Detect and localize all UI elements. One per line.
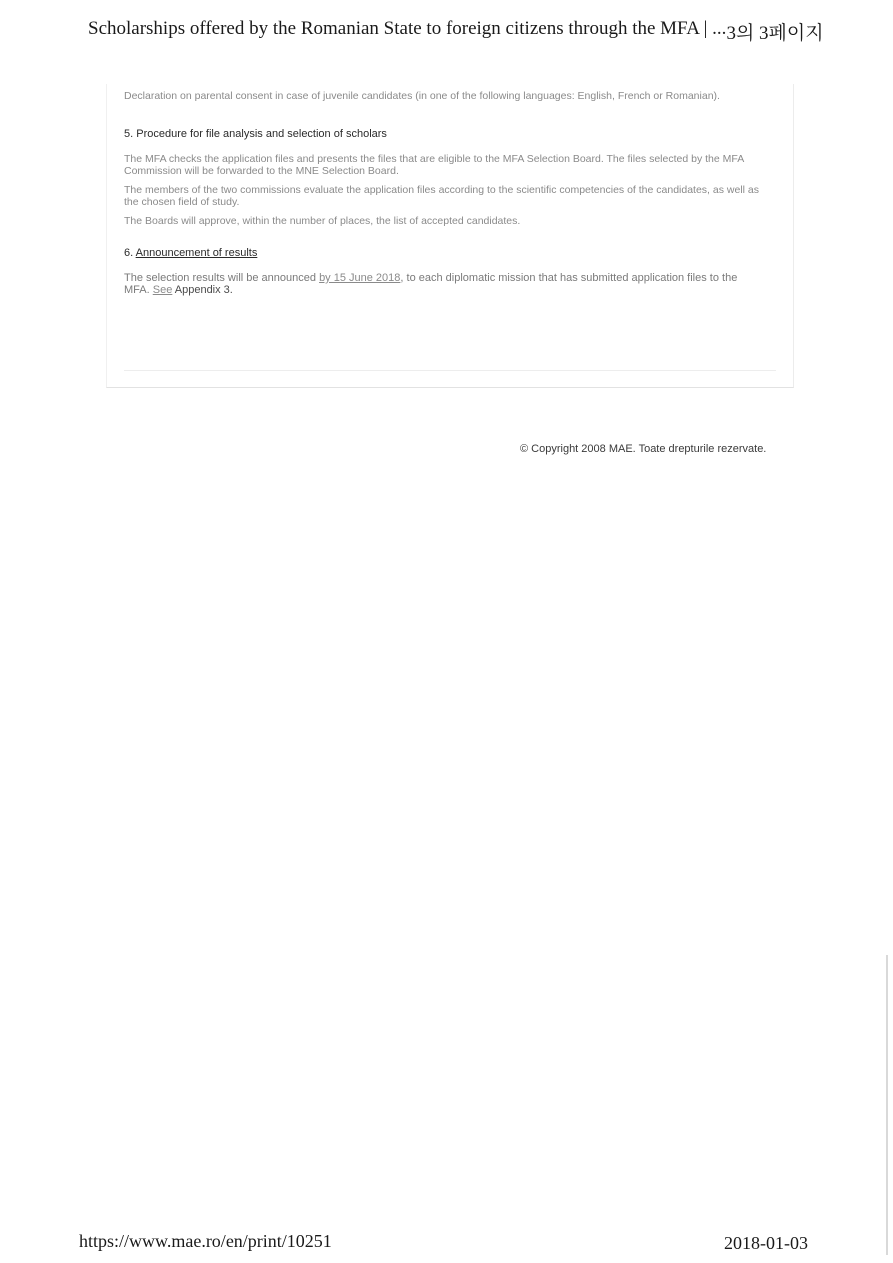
page-indicator: 3의 3페이지 <box>726 18 823 45</box>
page-title: Scholarships offered by the Romanian Sta… <box>88 18 726 45</box>
print-header: Scholarships offered by the Romanian Sta… <box>88 18 823 45</box>
results-text-start: The selection results will be announced <box>124 272 319 284</box>
results-paragraph: The selection results will be announced … <box>124 272 764 296</box>
footer-date: 2018-01-03 <box>724 1233 808 1254</box>
section-5-paragraph-1: The MFA checks the application files and… <box>124 153 764 177</box>
deadline-date-link[interactable]: by 15 June 2018 <box>319 272 400 284</box>
see-link[interactable]: See <box>153 284 173 296</box>
section-5-heading: 5. Procedure for file analysis and selec… <box>124 128 764 140</box>
divider <box>124 370 776 371</box>
intro-paragraph: Declaration on parental consent in case … <box>124 90 764 102</box>
section-6-heading: 6. Announcement of results <box>124 247 764 259</box>
section-5-paragraph-3: The Boards will approve, within the numb… <box>124 215 764 227</box>
article-content: Declaration on parental consent in case … <box>124 90 764 303</box>
appendix-3-link[interactable]: Appendix 3. <box>172 284 233 296</box>
section-5-paragraph-2: The members of the two commissions evalu… <box>124 184 764 208</box>
footer-url: https://www.mae.ro/en/print/10251 <box>79 1231 332 1252</box>
scan-edge-line <box>886 955 888 1255</box>
copyright-notice: © Copyright 2008 MAE. Toate drepturile r… <box>520 443 766 455</box>
section-6-title-link[interactable]: Announcement of results <box>136 247 258 259</box>
section-6-number: 6. <box>124 247 133 259</box>
